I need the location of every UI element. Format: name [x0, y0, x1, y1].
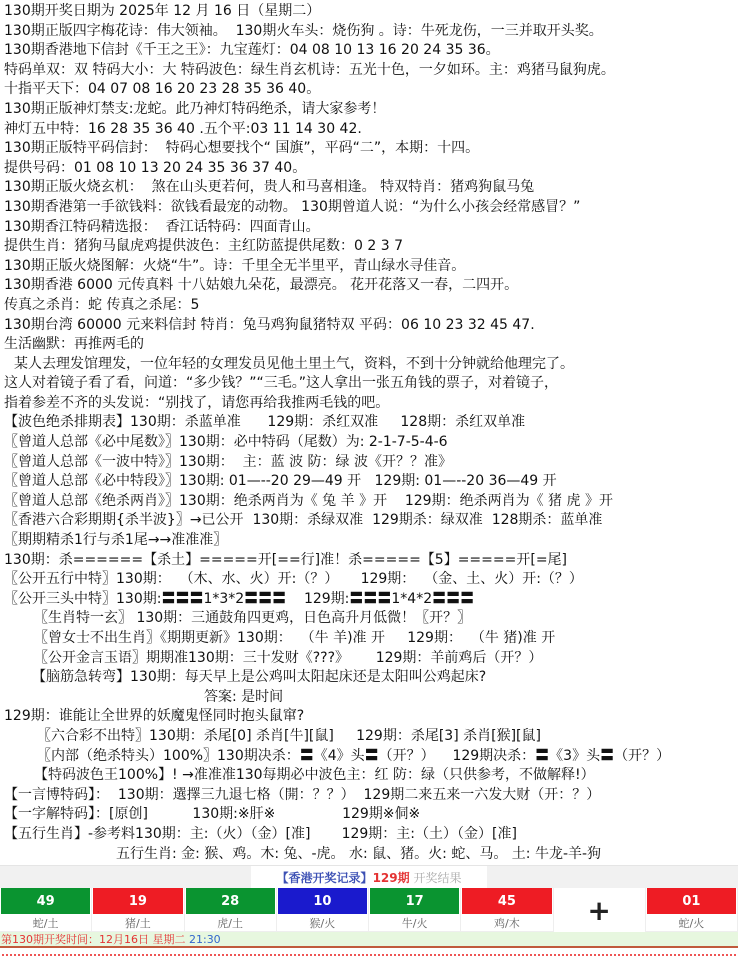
- ball-zodiac-element-label: 猪/土: [92, 914, 183, 932]
- lottery-info-page: 130期开奖日期为 2025年 12 月 16 日（星期二）130期正版四字梅花…: [0, 0, 738, 956]
- text-line: 〖曾道人总部《必中特段》〗130期: 01—--20 29—49 开 129期:…: [0, 472, 738, 492]
- next-draw-text: 第130期开奖时间：12月16日 星期二: [1, 931, 189, 947]
- ball-number: 28: [186, 888, 275, 914]
- result-balls-row: 49蛇/土19猪/土28虎/土10猴/火17牛/火45鸡/木+01蛇/火: [0, 888, 738, 932]
- text-line: 130期正版特平码信封： 特码心想要找个“ 国旗”，平码“二”，本期：十四。: [0, 139, 738, 159]
- info-lines: 130期开奖日期为 2025年 12 月 16 日（星期二）130期正版四字梅花…: [0, 0, 738, 864]
- result-ball-cell: 17牛/火: [369, 888, 461, 932]
- text-line: 130期香港 6000 元传真料 十八姑娘九朵花，最漂亮。 花开花落又一春，二四…: [0, 276, 738, 296]
- ball-number: 49: [1, 888, 90, 914]
- text-line: 【特码波色王100%】! →准准准130每期必中波色主：红 防：绿（只供参考，不…: [0, 766, 738, 786]
- result-ball-cell: 19猪/土: [92, 888, 184, 932]
- result-ball-cell: 10猴/火: [277, 888, 369, 932]
- text-line: 〖曾道人总部《必中尾数》〗130期：必中特码（尾数）为: 2-1-7-5-4-6: [0, 433, 738, 453]
- text-line: 〖曾道人总部《绝杀两肖》〗130期：绝杀两肖为《 兔 羊 》开 129期：绝杀两…: [0, 492, 738, 512]
- text-line: 提供号码：01 08 10 13 20 24 35 36 37 40。: [0, 159, 738, 179]
- text-line: 130期正版火烧玄机： 煞在山头更若何，贵人和马喜相逢。 特双特肖：猪鸡狗鼠马兔: [0, 178, 738, 198]
- text-line: 〖公开金言玉语〗期期准130期：三十发财《???》 129期：羊前鸡后（开？）: [0, 649, 738, 669]
- result-ball-cell: 01蛇/火: [646, 888, 738, 932]
- text-line: 〖期期精杀1行与杀1尾→→准准准〗: [0, 531, 738, 551]
- text-line: 130期正版四字梅花诗：伟大领袖。 130期火车头：烧伤狗 。诗：牛死龙伤，一三…: [0, 22, 738, 42]
- next-draw-time: 21:30: [189, 933, 221, 946]
- ball-zodiac-element-label: 猴/火: [277, 914, 368, 932]
- plus-sign: +: [554, 888, 646, 932]
- text-line: 【脑筋急转弯】130期：每天早上是公鸡叫太阳起床还是太阳叫公鸡起床?: [0, 668, 738, 688]
- text-line: 【一言博特码】： 130期：選擇三九退七格（開：？？） 129期二来五来一六发大…: [0, 786, 738, 806]
- text-line: 〖内部（绝杀特头）100%〗130期决杀：〓《4》头〓（开？） 129期决杀：〓…: [0, 747, 738, 767]
- ball-zodiac-element-label: 蛇/火: [646, 914, 737, 932]
- text-line: 130期台湾 60000 元来料信封 特肖：兔马鸡狗鼠猪特双 平码：06 10 …: [0, 316, 738, 336]
- ball-number: 17: [370, 888, 459, 914]
- text-line: 〖曾道人总部《一波中特》〗130期： 主：蓝 波 防：绿 波《开？？准》: [0, 453, 738, 473]
- results-title: 【香港开奖记录】: [277, 869, 373, 886]
- next-draw-status: 第130期开奖时间：12月16日 星期二 21:30: [0, 932, 738, 946]
- text-line: 五行生肖: 金: 猴、鸡。木: 兔、-虎。 水: 鼠、猪。火: 蛇、马。 土: …: [0, 845, 738, 865]
- result-ball-cell: 28虎/土: [185, 888, 277, 932]
- text-line: 〖曾女士不出生肖〗《期期更新》130期： （牛 羊)准 开 129期： （牛 猪…: [0, 629, 738, 649]
- results-header-tab[interactable]: 【香港开奖记录】129期 开奖结果: [251, 866, 488, 889]
- ball-number: 10: [278, 888, 367, 914]
- ball-zodiac-element-label: 鸡/木: [461, 914, 552, 932]
- text-line: 传真之杀肖：蛇 传真之杀尾：5: [0, 296, 738, 316]
- text-line: 指着参差不齐的头发说：“别找了，请您再给我推两毛钱的吧。: [0, 394, 738, 414]
- text-line: 130期开奖日期为 2025年 12 月 16 日（星期二）: [0, 2, 738, 22]
- results-issue-badge: 129期: [373, 869, 410, 886]
- text-line: 130期：杀======【杀土】=====开[==行]准！杀=====【5】==…: [0, 551, 738, 571]
- ball-zodiac-element-label: 虎/土: [185, 914, 276, 932]
- ball-zodiac-element-label: 蛇/土: [0, 914, 91, 932]
- text-line: 129期：谁能让全世界的妖魔鬼怪同时抱头鼠窜?: [0, 707, 738, 727]
- text-line: 十指平天下：04 07 08 16 20 23 28 35 36 40。: [0, 80, 738, 100]
- text-line: 〖香港六合彩期期{杀半波}〗→已公开 130期：杀绿双准 129期杀：绿双准 1…: [0, 511, 738, 531]
- text-line: 神灯五中特：16 28 35 36 40 .五个平:03 11 14 30 42…: [0, 120, 738, 140]
- text-line: 【波色绝杀排期表】130期：杀蓝单准 129期：杀红双准 128期：杀红双单准: [0, 413, 738, 433]
- text-line: 〖公开五行中特〗130期： （木、水、火）开:（？） 129期： （金、土、火）…: [0, 570, 738, 590]
- results-panel: 【香港开奖记录】129期 开奖结果 49蛇/土19猪/土28虎/土10猴/火17…: [0, 865, 738, 956]
- ball-number: 01: [647, 888, 736, 914]
- text-line: 这人对着镜子看了看，问道：“多少钱？”“三毛。”这人拿出一张五角钱的票子，对着镜…: [0, 374, 738, 394]
- text-line: 特码单双：双 特码大小：大 特码波色：绿生肖玄机诗：五光十色，一夕如环。主：鸡猪…: [0, 61, 738, 81]
- ball-number: 45: [462, 888, 551, 914]
- text-line: 〖生肖特一玄〗 130期：三通鼓角四更鸡，日色高升月低微！〖开？〗: [0, 609, 738, 629]
- result-ball-cell: 49蛇/土: [0, 888, 92, 932]
- text-line: 生活幽默：再推两毛的: [0, 335, 738, 355]
- text-line: 130期正版火烧图解：火烧“牛”。诗：千里全无半里平，青山绿水寻佳音。: [0, 257, 738, 277]
- text-line: 〖六合彩不出特〗130期：杀尾[0] 杀肖[牛][鼠] 129期：杀尾[3] 杀…: [0, 727, 738, 747]
- ball-zodiac-element-label: 牛/火: [369, 914, 460, 932]
- text-line: 【一字解特码】：[原创] 130期:※肝※ 129期※侗※: [0, 805, 738, 825]
- text-line: 130期香港第一手欲钱料：欲钱看最宠的动物。 130期曾道人说：“为什么小孩会经…: [0, 198, 738, 218]
- text-line: 【五行生肖】-参考料130期：主:（火）（金）[准] 129期：主:（土）（金）…: [0, 825, 738, 845]
- text-line: 某人去理发馆理发，一位年轻的女理发员见他土里土气，资料，不到十分钟就给他理完了。: [0, 355, 738, 375]
- text-line: 130期香港地下信封《千王之王》：九宝莲灯：04 08 10 13 16 20 …: [0, 41, 738, 61]
- ball-number: 19: [93, 888, 182, 914]
- results-suffix: 开奖结果: [410, 869, 462, 886]
- dotted-line: [2, 948, 736, 956]
- text-line: 130期香江特码精选报： 香江话特码：四面青山。: [0, 218, 738, 238]
- result-ball-cell: 45鸡/木: [461, 888, 553, 932]
- text-line: 〖公开三头中特〗130期:〓〓〓1*3*2〓〓〓 129期:〓〓〓1*4*2〓〓…: [0, 590, 738, 610]
- text-line: 答案: 是时间: [0, 688, 738, 708]
- text-line: 130期正版神灯禁支:龙蛇。此乃神灯特码绝杀，请大家参考！: [0, 100, 738, 120]
- results-header: 【香港开奖记录】129期 开奖结果: [0, 865, 738, 888]
- text-line: 提供生肖：猪狗马鼠虎鸡提供波色：主红防蓝提供尾数：0 2 3 7: [0, 237, 738, 257]
